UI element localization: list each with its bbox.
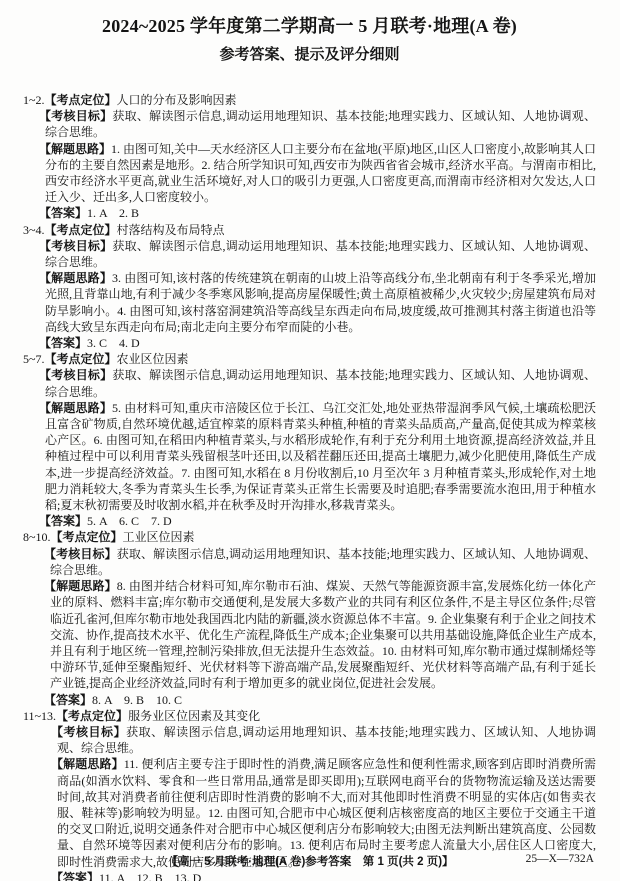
jieti-text: 8. 由图并结合材料可知,库尔勒市石油、煤炭、天然气等能源资源丰富,发展炼化纺一… [50,579,596,690]
kaohe-line: 【考核目标】获取、解读图示信息,调动运用地理知识、基本技能;地理实践力、区域认知… [50,546,596,578]
topic-line: 8~10.【考点定位】工业区位因素 [50,529,596,545]
answer-section-q3-4: 3~4.【考点定位】村落结构及布局特点 【考核目标】获取、解读图示信息,调动运用… [23,222,596,352]
kaohe-label: 【考核目标】 [39,239,112,253]
daan-line: 【答案】1. A 2. B [45,205,596,221]
jieti-line: 【解题思路】5. 由材料可知,重庆市涪陵区位于长江、乌江交汇处,地处亚热带湿润季… [45,400,596,513]
topic-line: 1~2.【考点定位】人口的分布及影响因素 [45,92,596,108]
document-page: 2024~2025 学年度第二学期高一 5 月联考·地理(A 卷) 参考答案、提… [0,0,620,881]
kaodian-label: 【考点定位】 [45,93,117,107]
daan-text: 5. A 6. C 7. D [87,514,172,528]
answer-section-q5-7: 5~7.【考点定位】农业区位因素 【考核目标】获取、解读图示信息,调动运用地理知… [23,351,596,529]
jieti-label: 【解题思路】 [39,401,112,415]
daan-line: 【答案】5. A 6. C 7. D [45,513,596,529]
answer-section-q1-2: 1~2.【考点定位】人口的分布及影响因素 【考核目标】获取、解读图示信息,调动运… [23,92,596,222]
daan-label: 【答案】 [39,336,87,350]
kaohe-text: 获取、解读图示信息,调动运用地理知识、基本技能;地理实践力、区域认知、人地协调观… [50,547,596,577]
footer-paper-code: 25—X—732A [526,853,594,865]
question-range: 8~10. [23,530,51,544]
topic-text: 村落结构及布局特点 [117,223,225,237]
question-range: 1~2. [23,93,45,107]
jieti-line: 【解题思路】1. 由图可知,关中—天水经济区人口主要分布在盆地(平原)地区,山区… [45,141,596,206]
kaohe-label: 【考核目标】 [39,368,112,382]
jieti-label: 【解题思路】 [39,142,111,156]
kaohe-line: 【考核目标】获取、解读图示信息,调动运用地理知识、基本技能;地理实践力、区域认知… [45,108,596,140]
jieti-label: 【解题思路】 [39,271,112,285]
kaodian-label: 【考点定位】 [45,352,117,366]
daan-line: 【答案】8. A 9. B 10. C [50,692,596,708]
daan-label: 【答案】 [39,514,87,528]
kaohe-text: 获取、解读图示信息,调动运用地理知识、基本技能;地理实践力、区域认知、人地协调观… [45,368,596,398]
jieti-line: 【解题思路】3. 由图可知,该村落的传统建筑在朝南的山坡上沿等高线分布,坐北朝南… [45,270,596,335]
kaohe-text: 获取、解读图示信息,调动运用地理知识、基本技能;地理实践力、区域认知、人地协调观… [45,239,596,269]
daan-text: 8. A 9. B 10. C [92,693,182,707]
kaohe-line: 【考核目标】获取、解读图示信息,调动运用地理知识、基本技能;地理实践力、区域认知… [57,724,596,756]
footer-page-info: 【高一 5 月联考·地理(A 卷)参考答案 第 1 页(共 2 页)】 [166,856,453,868]
jieti-label: 【解题思路】 [44,579,117,593]
daan-text: 3. C 4. D [87,336,140,350]
kaohe-line: 【考核目标】获取、解读图示信息,调动运用地理知识、基本技能;地理实践力、区域认知… [45,238,596,270]
daan-line: 【答案】3. C 4. D [45,335,596,351]
topic-line: 3~4.【考点定位】村落结构及布局特点 [45,222,596,238]
topic-line: 11~13.【考点定位】服务业区位因素及其变化 [57,708,596,724]
answer-section-q8-10: 8~10.【考点定位】工业区位因素 【考核目标】获取、解读图示信息,调动运用地理… [23,529,596,707]
kaodian-label: 【考点定位】 [45,223,117,237]
page-title: 2024~2025 学年度第二学期高一 5 月联考·地理(A 卷) [23,14,596,38]
jieti-text: 1. 由图可知,关中—天水经济区人口主要分布在盆地(平原)地区,山区人口密度小,… [45,142,596,205]
jieti-text: 5. 由材料可知,重庆市涪陵区位于长江、乌江交汇处,地处亚热带湿润季风气候,土壤… [45,401,596,512]
question-range: 5~7. [23,352,45,366]
daan-label: 【答案】 [39,206,87,220]
kaodian-label: 【考点定位】 [56,709,128,723]
topic-text: 人口的分布及影响因素 [117,93,237,107]
jieti-text: 3. 由图可知,该村落的传统建筑在朝南的山坡上沿等高线分布,坐北朝南有利于冬季采… [45,271,596,334]
kaohe-line: 【考核目标】获取、解读图示信息,调动运用地理知识、基本技能;地理实践力、区域认知… [45,367,596,399]
page-subtitle: 参考答案、提示及评分细则 [23,45,596,65]
jieti-line: 【解题思路】8. 由图并结合材料可知,库尔勒市石油、煤炭、天然气等能源资源丰富,… [50,578,596,691]
jieti-text: 11. 便利店主要专注于即时性的消费,满足顾客应急性和便利性需求,顾客到店即时消… [57,757,596,868]
daan-text: 1. A 2. B [87,206,139,220]
topic-text: 服务业区位因素及其变化 [128,709,260,723]
question-range: 11~13. [23,709,56,723]
kaohe-text: 获取、解读图示信息,调动运用地理知识、基本技能;地理实践力、区域认知、人地协调观… [45,109,596,139]
daan-label: 【答案】 [44,693,92,707]
topic-line: 5~7.【考点定位】农业区位因素 [45,351,596,367]
kaohe-label: 【考核目标】 [51,725,126,739]
question-range: 3~4. [23,223,45,237]
kaohe-text: 获取、解读图示信息,调动运用地理知识、基本技能;地理实践力、区域认知、人地协调观… [57,725,596,755]
page-footer: 【高一 5 月联考·地理(A 卷)参考答案 第 1 页(共 2 页)】 25—X… [0,853,620,873]
topic-text: 工业区位因素 [123,530,195,544]
topic-text: 农业区位因素 [117,352,189,366]
kaohe-label: 【考核目标】 [39,109,112,123]
kaohe-label: 【考核目标】 [44,547,117,561]
jieti-label: 【解题思路】 [51,757,124,771]
answers-content: 1~2.【考点定位】人口的分布及影响因素 【考核目标】获取、解读图示信息,调动运… [23,92,596,881]
kaodian-label: 【考点定位】 [51,530,123,544]
